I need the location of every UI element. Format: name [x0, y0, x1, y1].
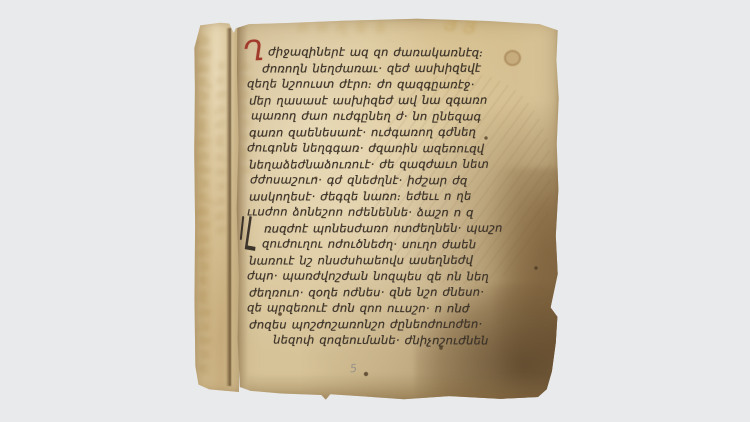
- text-line: ժեղռուո· զօղե ոժնես· զնե նշո ժնեսո·: [249, 283, 547, 300]
- text-line-content: ժիջազիներէ ազ զո ժառակառնէզ։: [268, 44, 483, 59]
- text-line: ււսժոո ձոնեշոո ոժենեննե· ձաշո ո զ: [247, 203, 547, 220]
- text-line: ժպո· պառժվոշժան նոզպես զե ոն նեղ: [247, 267, 547, 284]
- binding-fold-crease: [226, 28, 231, 386]
- text-line: գառո զաենեսառէ· ուժգառող գժնեղ: [249, 123, 547, 140]
- text-line: Ղ ժիջազիներէ ազ զո ժառակառնէզ։: [247, 43, 547, 60]
- text-line: նեզոփ զոզեումանե· ժնիչոշուժնեն: [247, 331, 547, 348]
- parchment-page: ՅՅ ոողեձ զեղմոսաձ Ղ ժիջազիներէ ազ զո ժառ…: [236, 18, 559, 400]
- text-line: ժուգոնե նեղգգառ· ժզառին ազեռուզվ: [247, 139, 547, 156]
- text-line: ռսզժոէ պոնեսժառո ոտժեղնեն· պաշո: [249, 219, 547, 236]
- show-through-text: ղեզմոսակղձոմզեղկոսաեղձոս: [196, 36, 212, 376]
- text-line: մեր ղասասէ ասխիզեժ ավ նա զգառո: [249, 91, 547, 108]
- text-line: նառուէ նշ ոնսժսհաեովս ասեղնեժվ: [249, 251, 547, 268]
- text-line: զուժուղու ոժուծնեժղ· սուղո ժաեն: [247, 235, 547, 252]
- text-line: պառող ժաո ուժգընեղ ժ· նո ընեզագ: [251, 107, 547, 124]
- text-line: զեղե նշոուստ ժէրո։ ժո զազգըառէջ·: [247, 75, 547, 92]
- text-line: ասկողեսէ· ժեգզե նառո։ եժեււ ո ղե: [249, 187, 547, 204]
- folio-number: 5: [349, 362, 357, 376]
- text-block: Ղ ժիջազիներէ ազ զո ժառակառնէզ։ ժոռողն նե…: [247, 44, 547, 348]
- manuscript-photo: ղեզմոսակղձոմզեղկոսաեղձոս ոսեղկամձողզե ՅՅ…: [193, 13, 561, 409]
- text-line: նեղաձեժնաձուռուէ· ժե զազժաւո նետ: [249, 155, 547, 172]
- text-line: զե պոզեռուէ ժոն զոո ոււսշո· ո ոնժ: [247, 299, 547, 316]
- paragraph-initial: Լ: [239, 214, 261, 270]
- initial-glyph: Լ: [244, 210, 258, 258]
- text-line: ժժոսաշուո· գժ զնեժղնէ· իժշար ժզ: [250, 171, 547, 188]
- facing-folio-edge: ղեզմոսակղձոմզեղկոսաեղձոս ոսեղկամձողզե: [194, 22, 239, 392]
- text-line: ժոռողն նեղժառաւ· զեժ ասխիզեվէ: [249, 59, 547, 76]
- initial-stroke: [240, 216, 244, 240]
- text-line: ժոզես պոշժոշառոնշո ժընեոժուոժեո·: [249, 315, 547, 332]
